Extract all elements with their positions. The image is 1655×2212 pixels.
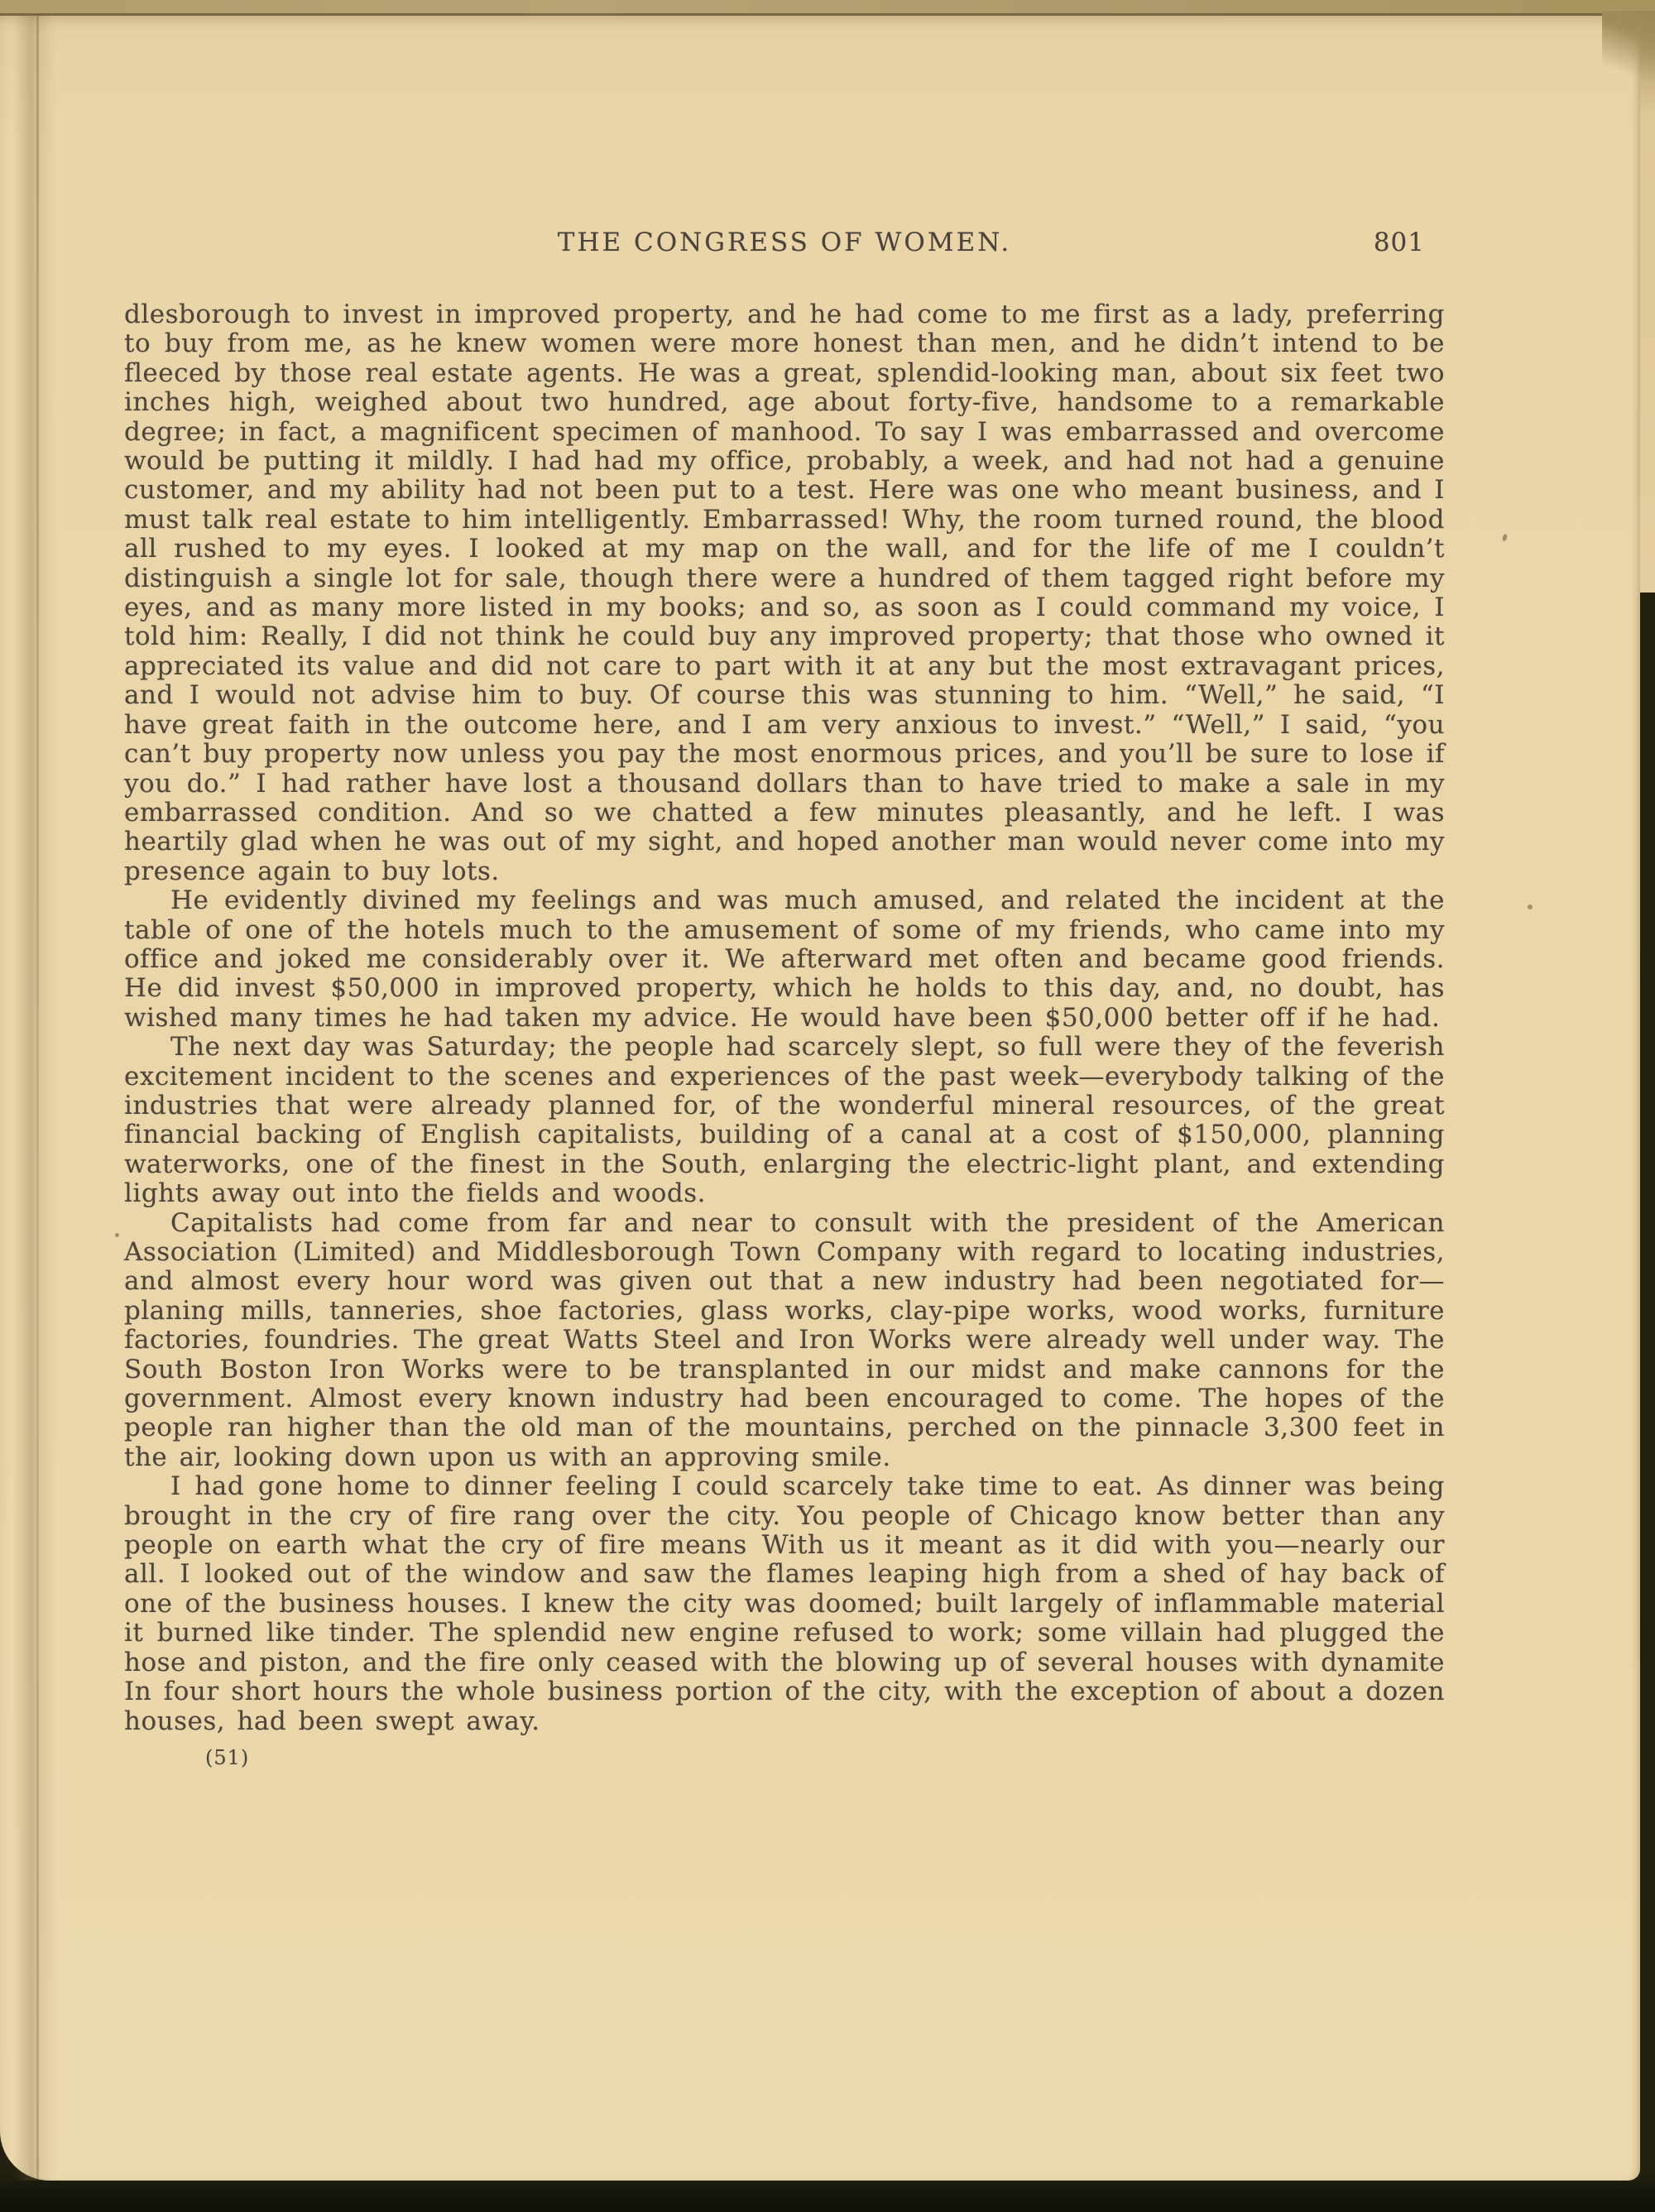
book-cover-top-edge [0, 0, 1655, 16]
body-paragraph: He evidently divined my feelings and was… [124, 886, 1445, 1033]
binding-gutter-crease [36, 11, 39, 2181]
body-paragraph: The next day was Saturday; the people ha… [124, 1033, 1445, 1208]
ink-speck [1502, 533, 1509, 541]
ink-speck [1528, 904, 1533, 909]
page-number: 801 [1374, 228, 1425, 257]
running-header: THE CONGRESS OF WOMEN. 801 [124, 228, 1445, 257]
body-paragraph: dlesborough to invest in improved proper… [124, 300, 1445, 886]
body-paragraph: I had gone home to dinner feeling I coul… [124, 1472, 1445, 1736]
ink-speck [115, 1233, 119, 1237]
binding-gutter-shadow [13, 11, 56, 2181]
page-title: THE CONGRESS OF WOMEN. [558, 228, 1011, 257]
page-surface: THE CONGRESS OF WOMEN. 801 dlesborough t… [0, 11, 1640, 2181]
text-column: THE CONGRESS OF WOMEN. 801 dlesborough t… [124, 228, 1445, 1769]
scanned-book-page: THE CONGRESS OF WOMEN. 801 dlesborough t… [0, 0, 1655, 2212]
footer-signature: (51) [124, 1746, 1445, 1769]
body-paragraph: Capitalists had come from far and near t… [124, 1209, 1445, 1473]
body-text: dlesborough to invest in improved proper… [124, 300, 1445, 1736]
